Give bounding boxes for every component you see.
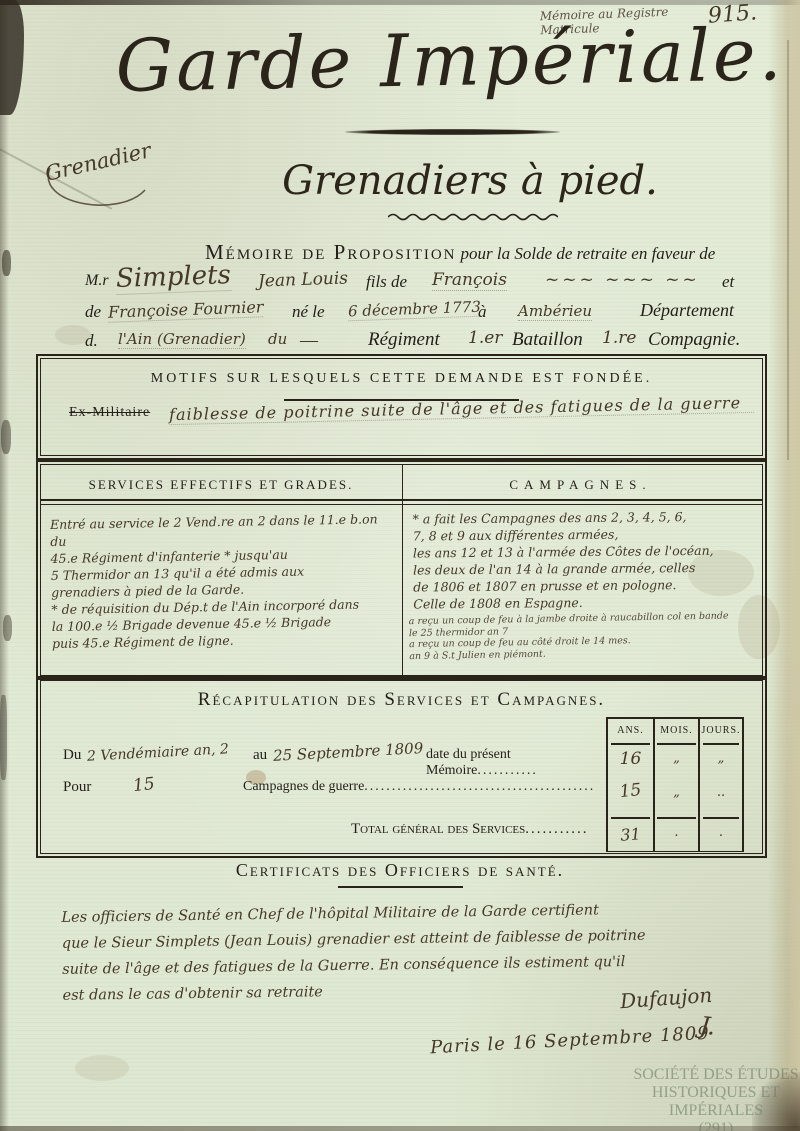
table-header-jours: JOURS. — [700, 725, 742, 736]
table-header-mois: MOIS. — [654, 725, 699, 736]
paper-edge-left — [0, 0, 9, 1131]
label-ne-le: né le — [292, 302, 325, 322]
value-birth-place: Ambérieu — [518, 302, 592, 321]
table-total-rule — [611, 817, 650, 819]
value-service-end: 25 Septembre 1809 — [273, 739, 424, 765]
intro-line-4: d. l'Ain (Grenadier) du — Régiment 1.er … — [0, 328, 800, 358]
services-campagnes-box: SERVICES EFFECTIFS ET GRADES. CAMPAGNES.… — [40, 464, 763, 676]
value-compagnie-num: 1.re — [602, 328, 636, 348]
stamp-line: HISTORIQUES ET IMPÉRIALES — [632, 1084, 800, 1120]
campagnes-line: Celle de 1808 en Espagne. — [413, 592, 758, 612]
intro-heading: Mémoire de Proposition — [205, 240, 457, 264]
intro-line-1: Mémoire de Proposition pour la Solde de … — [205, 240, 765, 265]
label-du: du — [268, 330, 287, 348]
services-title: SERVICES EFFECTIFS ET GRADES. — [41, 477, 401, 493]
filler-squiggle: ~~~ ~~~ ~~ — [545, 270, 700, 290]
value-ans-row1: 16 — [608, 749, 653, 769]
table-header-ans: ANS. — [608, 725, 653, 736]
paper-edge-right — [768, 0, 800, 1131]
label-d: d. — [85, 331, 98, 351]
label-fils-de: fils de — [366, 272, 407, 292]
table-header-rule — [657, 743, 696, 745]
motifs-box: MOTIFS SUR LESQUELS CETTE DEMANDE EST FO… — [40, 358, 763, 456]
label-a: à — [478, 302, 487, 322]
label-total-text: Total général des Services — [351, 821, 525, 837]
value-service-start: 2 Vendémiaire an, 2 — [87, 741, 230, 764]
value-surname: Simplets — [115, 260, 231, 295]
document-page: Mémoire au Registre Matricule 915. Garde… — [0, 0, 800, 1131]
label-campagnes-guerre: Campagnes de guerre.....................… — [243, 779, 595, 795]
paper-stain — [1, 420, 11, 454]
recap-row-2: Pour 15 Campagnes de guerre.............… — [41, 775, 606, 801]
page-title: Garde Impériale. — [0, 10, 800, 110]
motifs-text: faiblesse de poitrine suite de l'âge et … — [169, 393, 754, 425]
column-divider — [402, 465, 403, 675]
title-flourish-rule — [345, 129, 560, 135]
value-jours-row2: .. — [700, 785, 742, 800]
recap-title: Récapitulation des Services et Campagnes… — [41, 689, 762, 711]
label-departement: Département — [640, 300, 734, 321]
value-ans-row2: 15 — [607, 779, 654, 804]
label-au: au — [253, 747, 267, 764]
label-compagnie: Compagnie. — [648, 329, 740, 351]
label-de: de — [85, 302, 101, 322]
dots-leader: ........... — [525, 821, 588, 837]
label-mr: M.r — [85, 272, 109, 290]
paper-edge-right-line — [787, 40, 789, 460]
intro-heading-tail: pour la Solde de retraite en faveur de — [461, 244, 716, 263]
stamp-line: SOCIÉTÉ DES ÉTUDES — [632, 1066, 800, 1084]
date-line: Paris le 16 Septembre 1809 — [430, 1023, 711, 1059]
value-mother: Françoise Fournier — [108, 297, 264, 322]
value-birth-date: 6 décembre 1773 — [348, 298, 481, 322]
label-et: et — [722, 272, 734, 292]
label-pour: Pour — [63, 779, 91, 796]
intro-line-3: de Françoise Fournier né le 6 décembre 1… — [0, 298, 800, 328]
stamp-line: (291) — [632, 1120, 800, 1131]
value-ans-total: 31 — [607, 823, 653, 845]
page-subtitle: Grenadiers à pied. — [220, 158, 720, 204]
value-mois-total: . — [654, 825, 699, 840]
certificats-title: Certificats des Officiers de santé. — [0, 860, 800, 881]
motifs-side-label: Ex-Militaire — [69, 405, 150, 421]
label-campagnes-guerre-text: Campagnes de guerre — [243, 779, 364, 794]
archive-stamp: SOCIÉTÉ DES ÉTUDES HISTORIQUES ET IMPÉRI… — [632, 1066, 800, 1131]
recap-box: Récapitulation des Services et Campagnes… — [40, 680, 763, 854]
table-header-rule — [611, 743, 650, 745]
campagnes-notes: a reçu un coup de feu à la jambe droite … — [409, 610, 765, 662]
value-mois-row2: „ — [654, 785, 699, 800]
label-total: Total général des Services........... — [351, 821, 589, 838]
recap-total-row: Total général des Services........... — [41, 819, 606, 845]
value-departement-name: l'Ain (Grenadier) — [118, 330, 246, 349]
motifs-title: MOTIFS SUR LESQUELS CETTE DEMANDE EST FO… — [41, 371, 762, 387]
signature: Dufaujon — [619, 983, 713, 1013]
label-bataillon: Bataillon — [512, 329, 583, 351]
intro-line-2: M.r Simplets Jean Louis fils de François… — [0, 266, 800, 298]
label-regiment: Régiment — [368, 329, 440, 351]
paper-stain — [75, 1055, 129, 1081]
paper-stain — [0, 695, 7, 780]
campagnes-title: CAMPAGNES. — [403, 477, 758, 493]
wavy-rule — [388, 212, 558, 222]
paper-stain — [3, 615, 12, 641]
value-jours-row1: „ — [700, 751, 742, 766]
dots-leader: ........................................… — [364, 779, 595, 794]
value-mois-row1: „ — [654, 751, 699, 766]
value-service-start-text: 2 Vendémiaire an, — [87, 742, 216, 765]
campagnes-text: * a fait les Campagnes des ans 2, 3, 4, … — [413, 507, 759, 612]
value-father: François — [432, 270, 507, 291]
table-total-rule — [703, 817, 739, 819]
value-bataillon-num: 1.er — [468, 328, 502, 348]
margin-note-flourish — [40, 160, 180, 220]
value-campaign-count: 15 — [132, 774, 156, 796]
services-text: Entré au service le 2 Vend.re an 2 dans … — [50, 510, 397, 652]
recap-row-1: Du 2 Vendémiaire an, 2 au 25 Septembre 1… — [41, 743, 606, 769]
blank-dash: — — [300, 330, 316, 351]
campagnes-line: les ans 12 et 13 à l'armée des Côtes de … — [413, 541, 758, 561]
value-given-names: Jean Louis — [258, 268, 349, 291]
recap-table: ANS. MOIS. JOURS. 16 „ „ 15 „ .. 31 . . — [606, 717, 744, 852]
certificats-title-rule — [338, 886, 463, 888]
label-du: Du — [63, 747, 81, 764]
value-service-start-year: 2 — [220, 741, 230, 757]
value-jours-total: . — [700, 825, 742, 840]
table-header-rule — [703, 743, 739, 745]
table-total-rule — [657, 817, 696, 819]
